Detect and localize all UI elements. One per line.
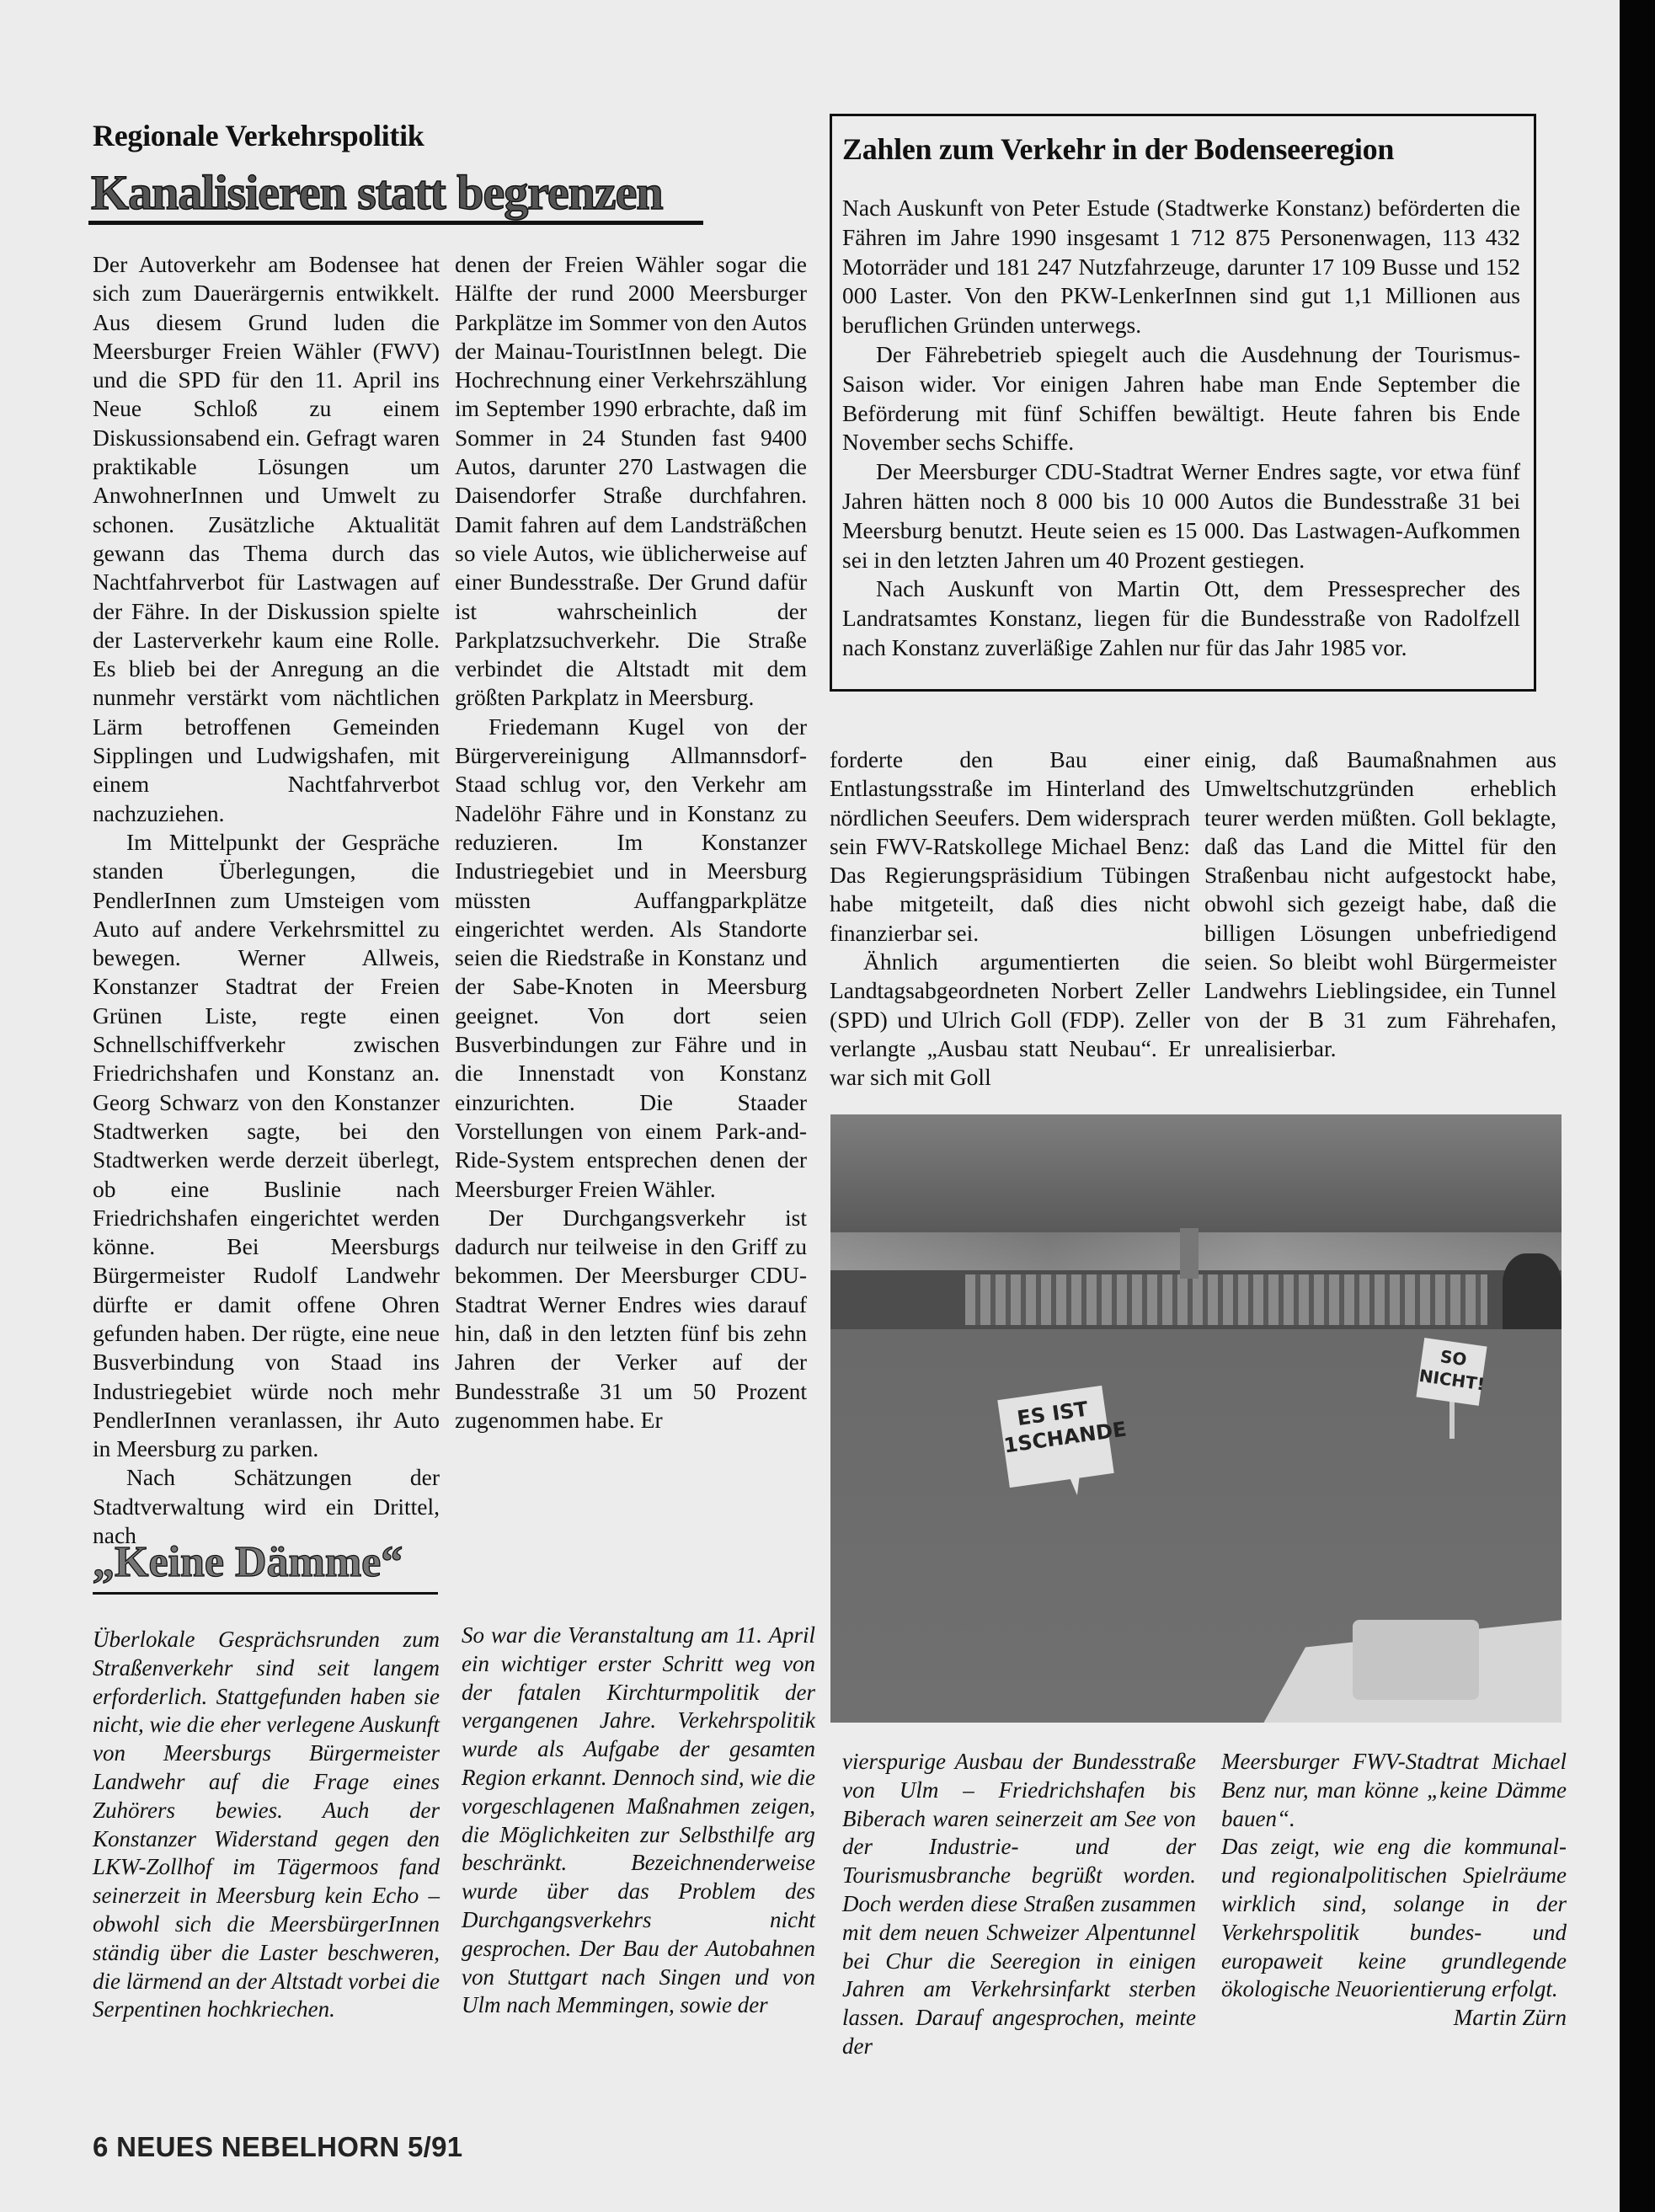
- scanner-edge: [1620, 0, 1655, 2212]
- photo-car: [1353, 1620, 1479, 1700]
- paragraph: Nach Auskunft von Martin Ott, dem Presse…: [842, 574, 1520, 662]
- protest-sign-right: SO NICHT!: [1416, 1338, 1487, 1406]
- page-footer: 6 NEUES NEBELHORN 5/91: [93, 2131, 462, 2163]
- paragraph: Der Meersburger CDU-Stadtrat Werner Endr…: [842, 457, 1520, 574]
- photo-trees: [1503, 1253, 1562, 1329]
- photo-buildings: [965, 1274, 1487, 1325]
- article-column-4: einig, daß Baumaßnahmen aus Umweltschutz…: [1204, 745, 1556, 1063]
- commentary-column-2: So war die Veranstaltung am 11. April ei…: [462, 1622, 815, 2020]
- article-column-3: forderte den Bau einer Entlastungsstraße…: [830, 745, 1190, 1093]
- commentary-rule: [93, 1592, 438, 1595]
- paragraph: Friedemann Kugel von der Bürgervereinigu…: [455, 713, 807, 1204]
- author-byline: Martin Zürn: [1221, 2004, 1567, 2033]
- paragraph: Der Autoverkehr am Bodensee hat sich zum…: [93, 250, 440, 828]
- paragraph: Ähnlich argumentierten die Landtagsabgeo…: [830, 948, 1190, 1092]
- lake-protest-photo: ES IST 1SCHANDE SO NICHT!: [830, 1114, 1562, 1723]
- paragraph: Der Durchgangsverkehr ist dadurch nur te…: [455, 1204, 807, 1435]
- paragraph: Nach Auskunft von Peter Estude (Stadtwer…: [842, 194, 1520, 340]
- sidebar-body: Nach Auskunft von Peter Estude (Stadtwer…: [842, 194, 1520, 663]
- photo-tower: [1180, 1228, 1199, 1279]
- article-column-1: Der Autoverkehr am Bodensee hat sich zum…: [93, 250, 440, 1550]
- paragraph: Überlokale Gesprächsrunden zum Straßenve…: [93, 1626, 440, 2024]
- headline-rule: [88, 221, 703, 225]
- paragraph: denen der Freien Wähler sogar die Hälfte…: [455, 250, 807, 713]
- paragraph: forderte den Bau einer Entlastungsstraße…: [830, 745, 1190, 948]
- paragraph: Das zeigt, wie eng die kommunal- und reg…: [1221, 1833, 1567, 2004]
- article-kicker: Regionale Verkehrspolitik: [93, 118, 424, 153]
- newspaper-page: Regionale Verkehrspolitik Kanalisieren s…: [0, 0, 1621, 2212]
- commentary-column-1: Überlokale Gesprächsrunden zum Straßenve…: [93, 1626, 440, 2024]
- paragraph: So war die Veranstaltung am 11. April ei…: [462, 1622, 815, 2020]
- protest-sign-left: ES IST 1SCHANDE: [997, 1386, 1113, 1488]
- paragraph: einig, daß Baumaßnahmen aus Umweltschutz…: [1204, 745, 1556, 1063]
- commentary-headline: „Keine Dämme“: [93, 1537, 403, 1587]
- sidebar-title: Zahlen zum Verkehr in der Bodenseeregion: [842, 131, 1394, 167]
- commentary-column-4: Meersburger FWV-Stadtrat Michael Benz nu…: [1221, 1748, 1567, 2033]
- paragraph: Der Fährebetrieb spiegelt auch die Ausde…: [842, 340, 1520, 457]
- paragraph: Meersburger FWV-Stadtrat Michael Benz nu…: [1221, 1748, 1567, 1833]
- sidebar-statistics-box: Zahlen zum Verkehr in der Bodenseeregion…: [830, 114, 1536, 692]
- article-headline: Kanalisieren statt begrenzen: [91, 164, 663, 221]
- article-column-2: denen der Freien Wähler sogar die Hälfte…: [455, 250, 807, 1435]
- paragraph: Im Mittelpunkt der Gespräche standen Übe…: [93, 828, 440, 1464]
- commentary-column-3: vierspurige Ausbau der Bundesstraße von …: [842, 1748, 1196, 2061]
- paragraph: vierspurige Ausbau der Bundesstraße von …: [842, 1748, 1196, 2061]
